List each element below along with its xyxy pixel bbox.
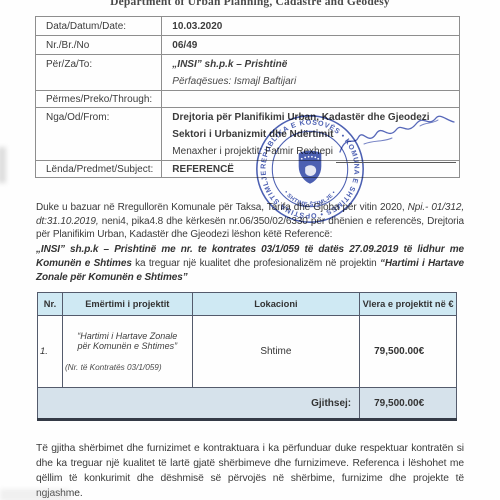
paragraph-closing: Të gjitha shërbimet dhe furnizimet e kon…	[36, 441, 464, 500]
projects-table: Nr. Emërtimi i projektit Lokacioni Vlera…	[37, 292, 457, 421]
total-label: Gjithsej:	[38, 388, 360, 420]
svg-text:• SHTIME-ŠTIMLJE •: • SHTIME-ŠTIMLJE •	[283, 190, 338, 208]
letterhead-department-line: Department of Urban Planning, Cadastre a…	[0, 0, 500, 8]
info-value-number: 06/49	[162, 36, 460, 55]
project-nr: 1.	[38, 316, 63, 388]
stamp-bottom-text: • SHTIME-ŠTIMLJE •	[283, 190, 338, 208]
info-label-to: Për/Za/To:	[36, 55, 162, 91]
contract-quality-run: ka treguar një kualitet dhe profesionali…	[132, 258, 380, 269]
project-row: 1. “Hartimi i Hartave Zonale për Komunën…	[38, 316, 457, 388]
info-row-number: Nr./Br./No 06/49	[36, 36, 460, 55]
recipient-representative: Përfaqësues: Ismajl Baftijari	[172, 76, 451, 87]
signature-line	[336, 162, 456, 163]
projects-header-row: Nr. Emërtimi i projektit Lokacioni Vlera…	[38, 293, 457, 316]
project-name: “Hartimi i Hartave Zonale për Komunën e …	[63, 331, 192, 351]
header-nr: Nr.	[38, 293, 63, 316]
info-value-to: „INSI” sh.p.k – Prishtinë Përfaqësues: I…	[162, 55, 460, 91]
projects-total-row: Gjithsej: 79,500.00€	[38, 388, 457, 420]
recipient-company: „INSI” sh.p.k – Prishtinë	[172, 59, 451, 70]
paragraph-contract-reference: „INSI” sh.p.k – Prishtinë me nr. te kont…	[36, 243, 464, 285]
document-page: Department of Urban Planning, Cadastre a…	[0, 0, 500, 500]
info-value-date: 10.03.2020	[162, 17, 460, 36]
project-name-cell: “Hartimi i Hartave Zonale për Komunën e …	[62, 316, 192, 388]
paragraph-legal-basis: Duke u bazuar në Rregullorën Komunale pë…	[36, 201, 464, 242]
project-contract-number: (Nr. të Kontratës 03/1/059)	[63, 363, 192, 372]
signature-scribble	[330, 100, 465, 166]
project-value: 79,500.00€	[360, 316, 457, 388]
legal-basis-text-2: neni4, pika4.8 dhe kërkesën nr.06/350/02…	[36, 216, 464, 241]
kosovo-emblem-icon	[299, 151, 321, 183]
info-row-date: Data/Datum/Date: 10.03.2020	[36, 17, 460, 36]
info-row-to: Për/Za/To: „INSI” sh.p.k – Prishtinë Për…	[36, 55, 460, 91]
info-label-number: Nr./Br./No	[36, 36, 162, 55]
header-project-name: Emërtimi i projektit	[62, 293, 192, 316]
total-value: 79,500.00€	[360, 388, 457, 420]
scan-artifact	[0, 147, 6, 183]
project-location: Shtime	[192, 316, 359, 388]
header-value: Vlera e projektit në €	[360, 293, 457, 316]
info-label-through: Përmes/Preko/Through:	[36, 91, 162, 108]
info-label-subject: Lënda/Predmet/Subject:	[36, 161, 162, 178]
info-label-from: Nga/Od/From:	[36, 108, 162, 161]
info-label-date: Data/Datum/Date:	[36, 17, 162, 36]
header-location: Lokacioni	[192, 293, 359, 316]
